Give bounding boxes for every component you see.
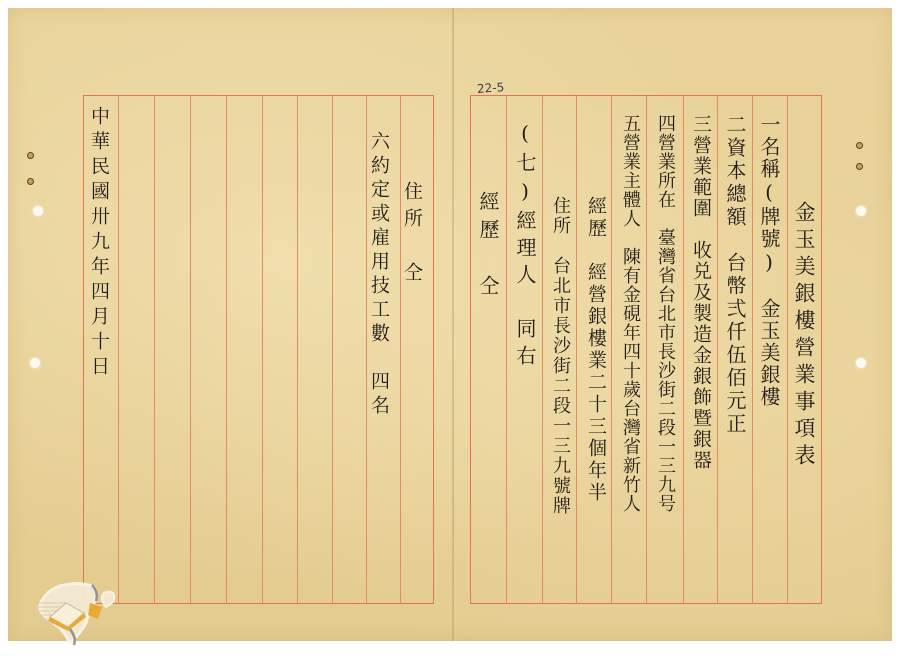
right-page-grid: 金玉美銀樓營業事項表 一名稱(牌號) 金玉美銀樓 二資本總額 台幣弍仟伍佰元正 …	[470, 95, 822, 604]
grid-line	[611, 96, 612, 603]
owner-experience: 經歷 經營銀樓業二十三個年半	[586, 196, 605, 504]
owner-address: 住所 台北市長沙街二段一三九號牌	[551, 196, 569, 516]
document-paper: 22-5 中華民國卅九年四月十日 六約定或雇用技工數 四名 住所 仝 金玉美銀樓…	[8, 8, 892, 641]
manager-experience: 經歷 仝	[478, 191, 498, 303]
grid-line	[787, 96, 788, 603]
page-number: 22-5	[477, 80, 505, 96]
grid-line	[400, 96, 401, 603]
punch-hole	[856, 358, 866, 368]
rivet-icon	[27, 152, 34, 159]
item-name: 一名稱(牌號) 金玉美銀樓	[759, 114, 779, 408]
item-capital: 二資本總額 台幣弍仟伍佰元正	[725, 114, 745, 436]
rivet-icon	[856, 163, 863, 170]
item-manager: (七)經理人 同右	[515, 121, 535, 372]
grid-line	[506, 96, 507, 603]
employees-line: 六約定或雇用技工數 四名	[369, 131, 388, 419]
grid-line	[190, 96, 191, 603]
grid-line	[154, 96, 155, 603]
grid-line	[683, 96, 684, 603]
grid-line	[717, 96, 718, 603]
grid-line	[576, 96, 577, 603]
grid-line	[297, 96, 298, 603]
grid-line	[366, 96, 367, 603]
punch-hole	[30, 358, 40, 368]
punch-hole	[856, 206, 866, 216]
address-same-line: 住所 仝	[402, 181, 421, 289]
grid-line	[542, 96, 543, 603]
item-business-scope: 三營業範圍 收兑及製造金銀飾暨銀器	[691, 114, 710, 471]
grid-line	[226, 96, 227, 603]
date-line: 中華民國卅九年四月十日	[89, 106, 108, 381]
grid-line	[262, 96, 263, 603]
rivet-icon	[856, 142, 863, 149]
grid-line	[646, 96, 647, 603]
left-page-grid: 中華民國卅九年四月十日 六約定或雇用技工數 四名 住所 仝	[83, 95, 434, 604]
archive-logo-icon	[26, 573, 130, 649]
item-business-owner: 五營業主體人 陳有金硯年四十歲台灣省新竹人	[621, 114, 639, 513]
grid-line	[752, 96, 753, 603]
item-business-location: 四營業所在 臺灣省台北市長沙街二段一三九号	[656, 114, 674, 513]
grid-line	[332, 96, 333, 603]
center-fold	[452, 8, 454, 641]
form-title: 金玉美銀樓營業事項表	[793, 201, 814, 471]
rivet-icon	[27, 178, 34, 185]
punch-hole	[33, 206, 43, 216]
grid-line	[118, 96, 119, 603]
